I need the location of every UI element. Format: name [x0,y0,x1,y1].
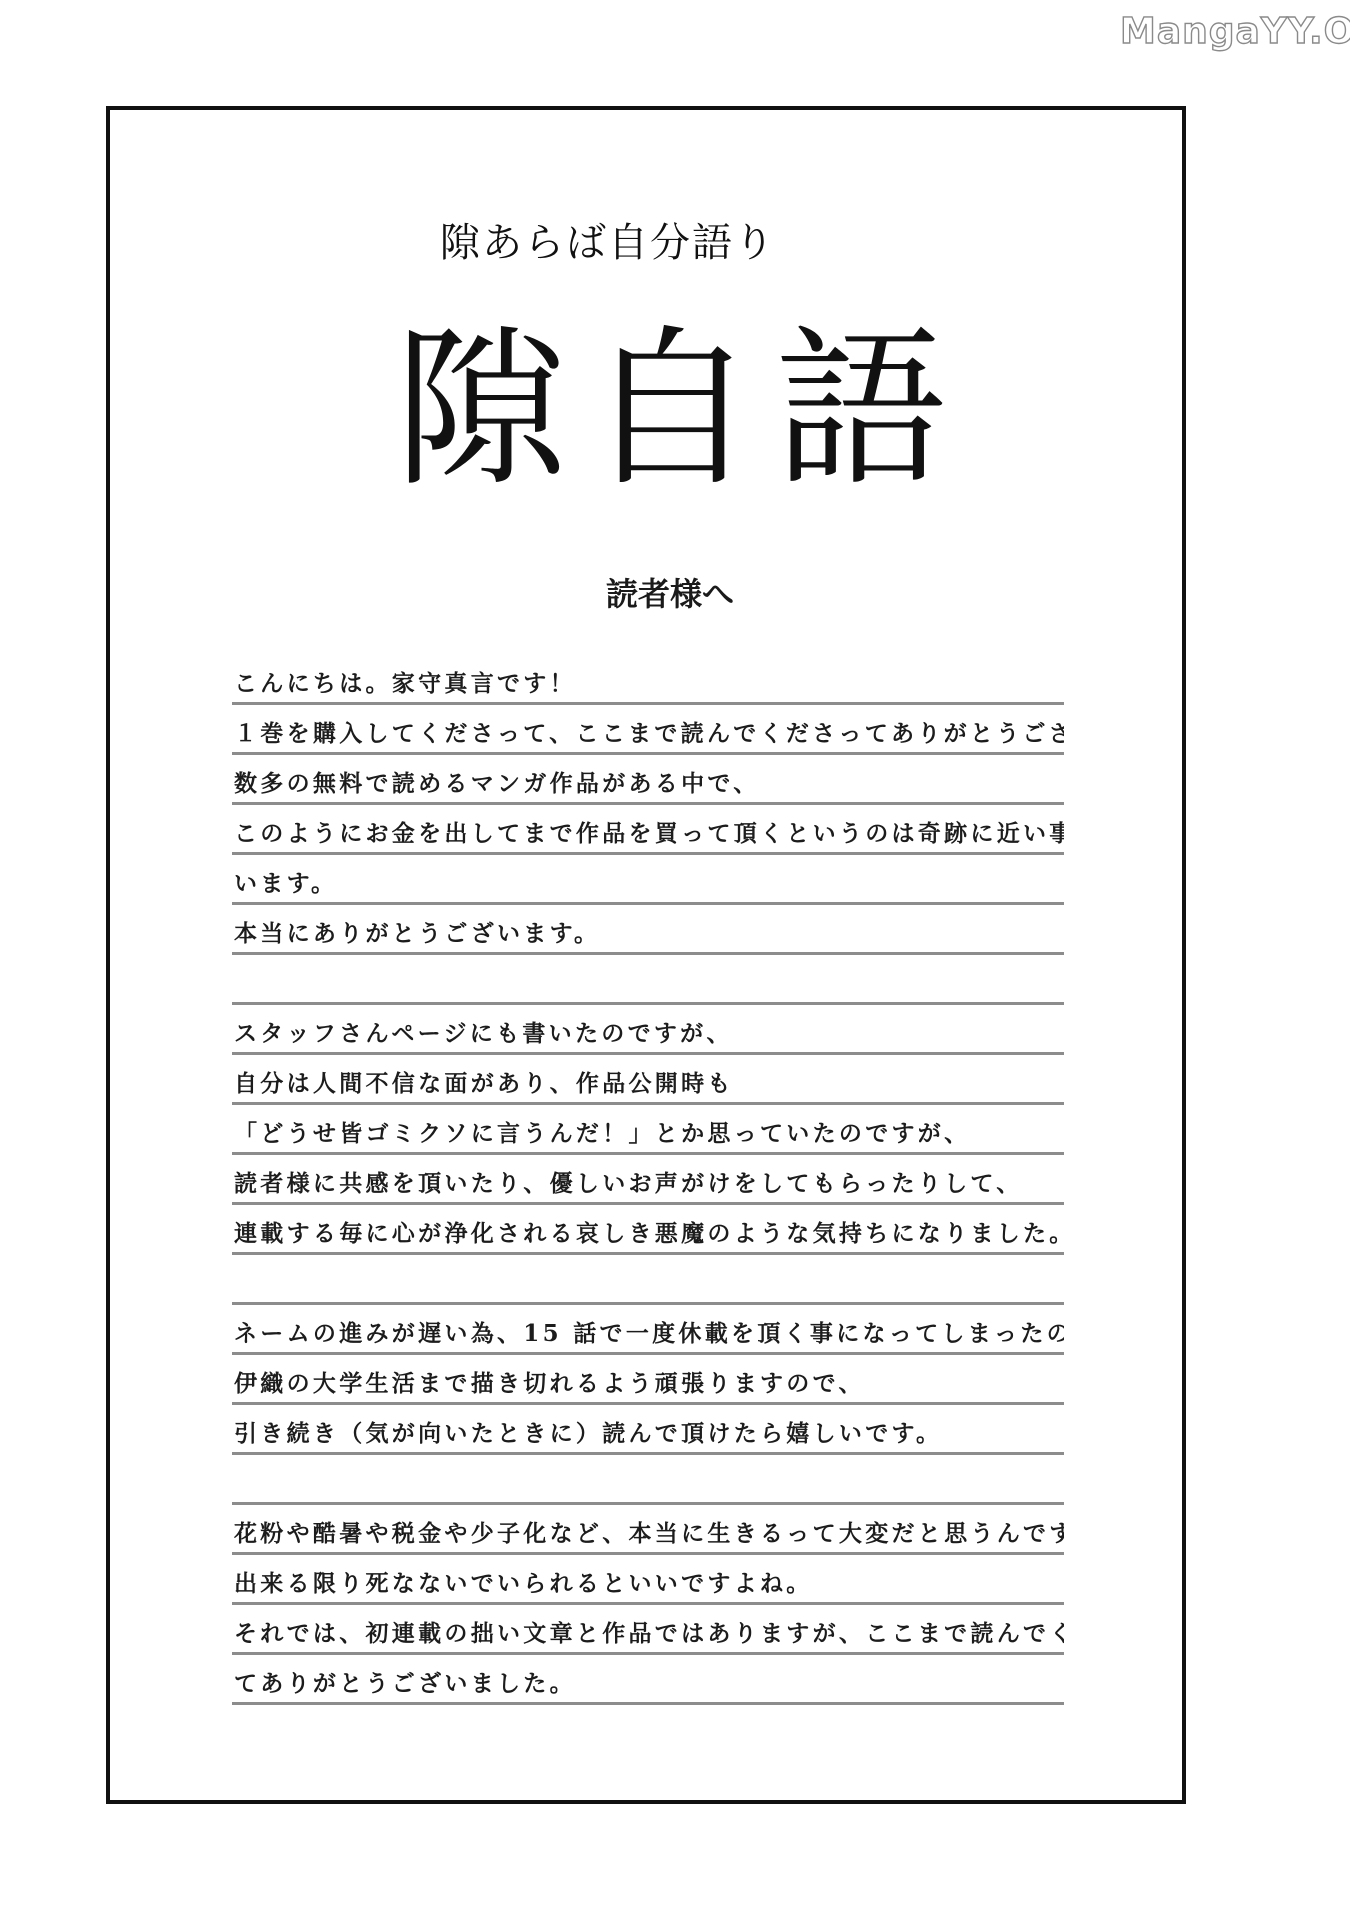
letter-line: 引き続き（気が向いたときに）読んで頂けたら嬉しいです。 [232,1405,1064,1455]
afterword-subtitle: 隙あらば自分語り [440,213,880,273]
letter-line-blank [232,955,1064,1005]
letter-line: 読者様に共感を頂いたり、優しいお声がけをしてもらったりして、 [232,1155,1064,1205]
letter-line: スタッフさんページにも書いたのですが、 [232,1005,1064,1055]
letter-line: てありがとうございました。 [232,1655,1064,1705]
letter-line: １巻を購入してくださって、ここまで読んでくださってありがとうございます。 [232,705,1064,755]
letter-line: 花粉や酷暑や税金や少子化など、本当に生きるって大変だと思うんですけど、 [232,1505,1064,1555]
letter-line: それでは、初連載の拙い文章と作品ではありますが、ここまで読んでくださっ [232,1605,1064,1655]
afterword-title: 隙自語 [395,300,935,520]
letter-line: このようにお金を出してまで作品を買って頂くというのは奇跡に近い事だと思 [232,805,1064,855]
letter-line: 連載する毎に心が浄化される哀しき悪魔のような気持ちになりました。 [232,1205,1064,1255]
letter-line: 数多の無料で読めるマンガ作品がある中で、 [232,755,1064,805]
site-watermark: MangaYY.Org [1120,8,1345,56]
letter-line: 「どうせ皆ゴミクソに言うんだ！」とか思っていたのですが、 [232,1105,1064,1155]
letter-line: こんにちは。家守真言です！ [232,655,1064,705]
letter-line: 出来る限り死なないでいられるといいですよね。 [232,1555,1064,1605]
letter-line: います。 [232,855,1064,905]
letter-line: 自分は人間不信な面があり、作品公開時も [232,1055,1064,1105]
letter-line-blank [232,1255,1064,1305]
letter-line: 本当にありがとうございます。 [232,905,1064,955]
letter-line-blank [232,1455,1064,1505]
ruled-letter-body: こんにちは。家守真言です！ １巻を購入してくださって、ここまで読んでくださってあ… [232,655,1064,1705]
letter-line: 伊織の大学生活まで描き切れるよう頑張りますので、 [232,1355,1064,1405]
letter-heading: 読者様へ [560,570,780,618]
letter-line: ネームの進みが遅い為、15 話で一度休載を頂く事になってしまったのですが、 [232,1305,1064,1355]
